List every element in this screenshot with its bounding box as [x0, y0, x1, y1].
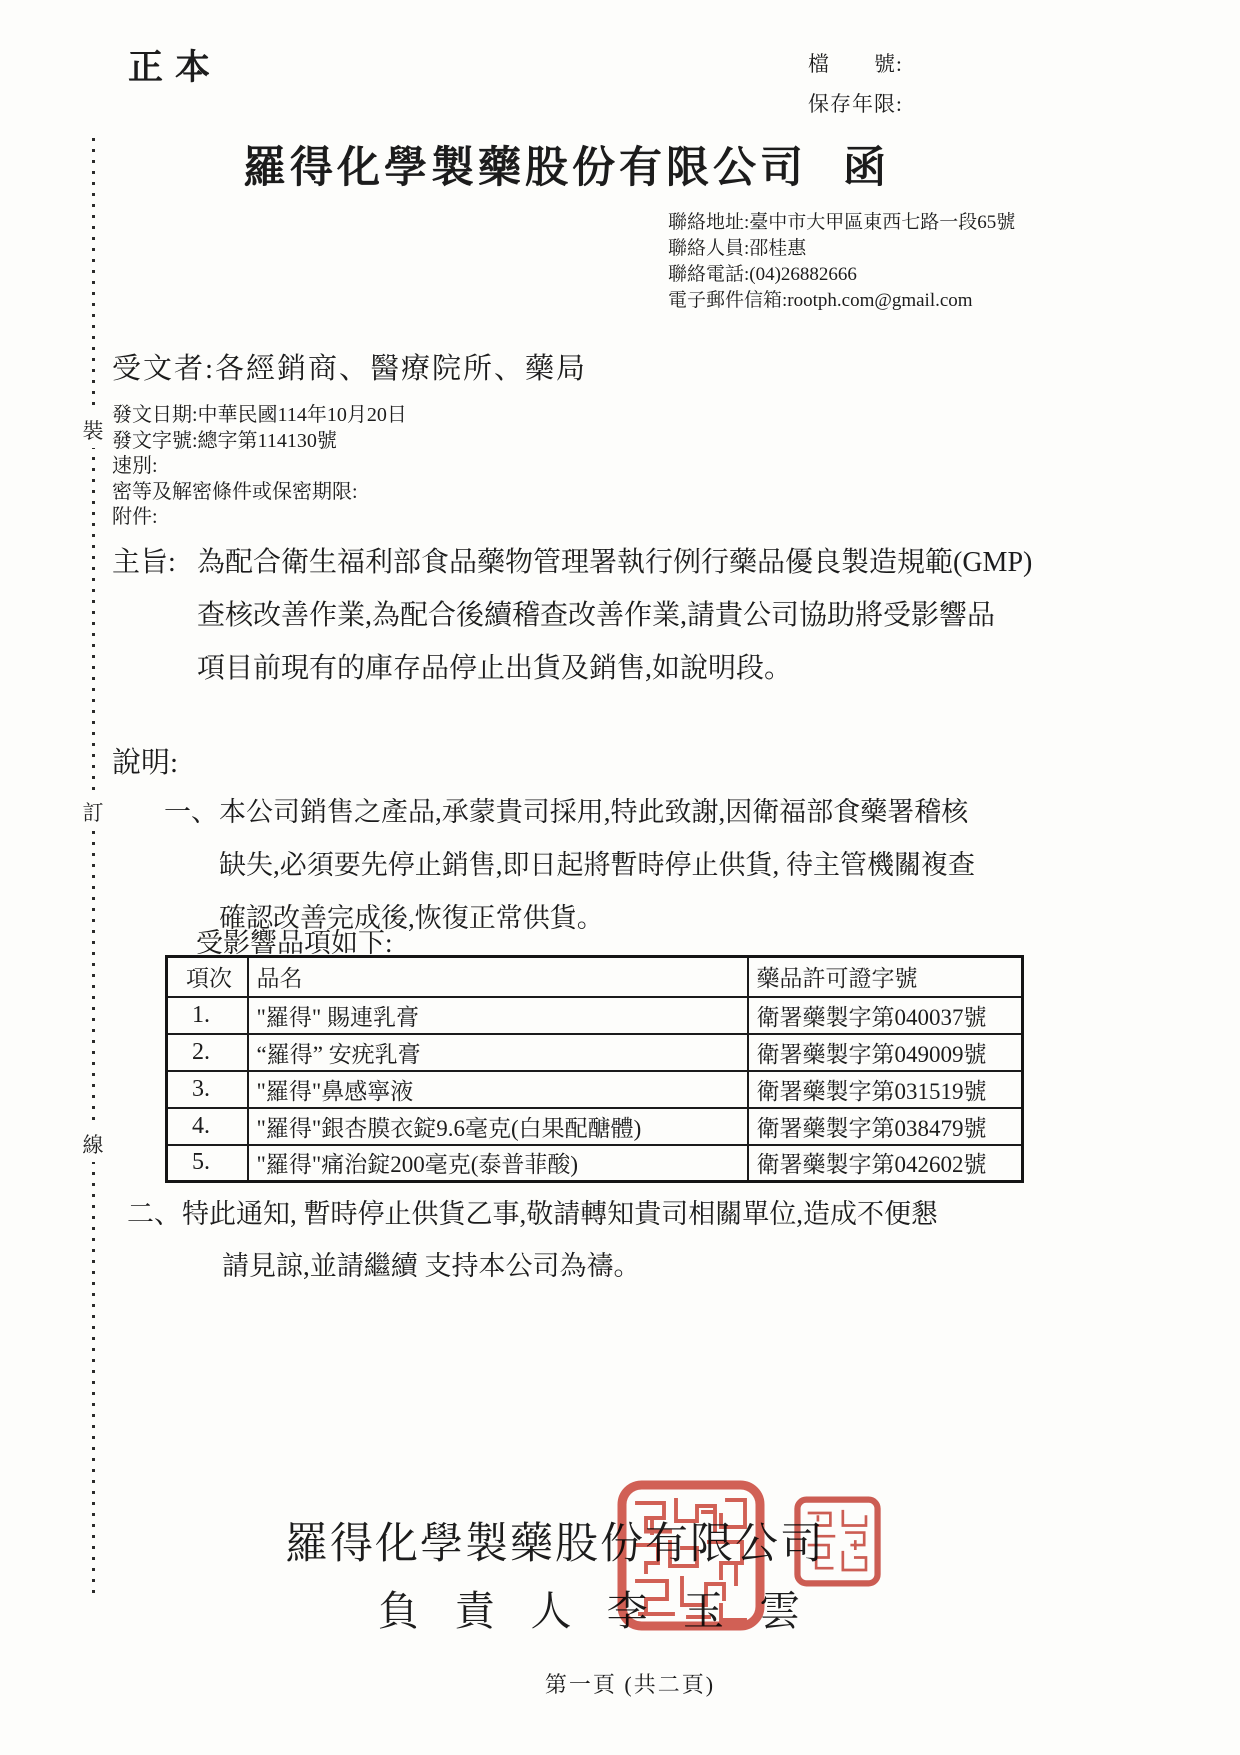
table-row: 2. “羅得” 安疣乳膏 衛署藥製字第049009號	[167, 1034, 1023, 1071]
table-row: 5. "羅得"痛治錠200毫克(泰普菲酸) 衛署藥製字第042602號	[167, 1145, 1023, 1182]
meta-line: 速別:	[112, 454, 407, 480]
cell-product-name: "羅得" 賜連乳膏	[248, 997, 748, 1034]
table-row: 1. "羅得" 賜連乳膏 衛署藥製字第040037號	[167, 997, 1023, 1034]
subject-line: 查核改善作業,為配合後續稽查改善作業,請貴公司協助將受影響品	[197, 593, 1032, 646]
binding-dotted-line	[92, 138, 95, 1593]
subject-lines: 為配合衛生福利部食品藥物管理署執行例行藥品優良製造規範(GMP)查核改善作業,為…	[197, 540, 1032, 699]
contact-line: 電子郵件信箱:rootph.com@gmail.com	[668, 288, 1015, 314]
binding-mark-xian: 線	[80, 1126, 106, 1162]
cell-product-name: “羅得” 安疣乳膏	[248, 1034, 748, 1071]
cell-product-name: "羅得"痛治錠200毫克(泰普菲酸)	[248, 1145, 748, 1182]
contact-line: 聯絡電話:(04)26882666	[668, 262, 1015, 288]
recipient-line: 受文者:各經銷商、醫療院所、藥局	[112, 346, 587, 387]
item-2-number: 二、	[127, 1192, 181, 1231]
table-row: 4. "羅得"銀杏膜衣錠9.6毫克(白果配醣體) 衛署藥製字第038479號	[167, 1108, 1023, 1145]
cell-license-no: 衛署藥製字第038479號	[748, 1108, 1023, 1145]
file-number-label: 檔 號:	[808, 44, 903, 84]
subject-block: 主旨: 為配合衛生福利部食品藥物管理署執行例行藥品優良製造規範(GMP)查核改善…	[112, 540, 1032, 699]
affected-products-table: 項次 品名 藥品許可證字號 1. "羅得" 賜連乳膏 衛署藥製字第040037號…	[165, 955, 1024, 1183]
header-item-no: 項次	[167, 957, 248, 997]
item-2-line: 請見諒,並請繼續 支持本公司為禱。	[222, 1244, 938, 1296]
meta-line: 發文日期:中華民國114年10月20日	[112, 403, 407, 429]
item-1-line: 缺失,必須要先停止銷售,即日起將暫時停止供貨, 待主管機關複查	[219, 843, 975, 896]
cell-product-name: "羅得"銀杏膜衣錠9.6毫克(白果配醣體)	[248, 1108, 748, 1145]
scanned-letter-page: 裝 訂 線 正本 檔 號: 保存年限: 羅得化學製藥股份有限公司函 聯絡地址:臺…	[0, 0, 1240, 1755]
company-name-title: 羅得化學製藥股份有限公司	[243, 145, 807, 192]
cell-license-no: 衛署藥製字第031519號	[748, 1071, 1023, 1108]
cell-item-no: 2.	[167, 1034, 248, 1071]
cell-license-no: 衛署藥製字第042602號	[748, 1145, 1023, 1182]
meta-line: 密等及解密條件或保密期限:	[112, 480, 407, 506]
cell-item-no: 1.	[167, 997, 248, 1034]
cell-license-no: 衛署藥製字第040037號	[748, 997, 1023, 1034]
item-2-line: 特此通知, 暫時停止供貨乙事,敬請轉知貴司相關單位,造成不便懇	[182, 1192, 938, 1244]
contact-block: 聯絡地址:臺中市大甲區東西七路一段65號聯絡人員:邵桂惠聯絡電話:(04)268…	[668, 210, 1015, 314]
page-number-footer: 第一頁 (共二頁)	[0, 1668, 1240, 1699]
meta-block: 發文日期:中華民國114年10月20日發文字號:總字第114130號速別:密等及…	[112, 403, 407, 531]
retention-period-label: 保存年限:	[808, 84, 903, 124]
cell-product-name: "羅得"鼻感寧液	[248, 1071, 748, 1108]
personal-seal-stamp	[793, 1494, 882, 1589]
subject-label: 主旨:	[112, 540, 176, 580]
doc-type-label: 函	[843, 145, 890, 192]
header-license-no: 藥品許可證字號	[748, 957, 1023, 997]
binding-mark-ding: 訂	[80, 794, 106, 830]
cell-license-no: 衛署藥製字第049009號	[748, 1034, 1023, 1071]
meta-line: 發文字號:總字第114130號	[112, 429, 407, 455]
table-body: 1. "羅得" 賜連乳膏 衛署藥製字第040037號 2. “羅得” 安疣乳膏 …	[167, 997, 1023, 1182]
table-row: 3. "羅得"鼻感寧液 衛署藥製字第031519號	[167, 1071, 1023, 1108]
item-2-lines: 特此通知, 暫時停止供貨乙事,敬請轉知貴司相關單位,造成不便懇請見諒,並請繼續 …	[182, 1192, 938, 1296]
subject-line: 項目前現有的庫存品停止出貨及銷售,如說明段。	[197, 646, 1032, 699]
file-info-block: 檔 號: 保存年限:	[808, 44, 903, 124]
cell-item-no: 3.	[167, 1071, 248, 1108]
cell-item-no: 5.	[167, 1145, 248, 1182]
binding-mark-zhuang: 裝	[80, 412, 106, 448]
item-1-line: 本公司銷售之產品,承蒙貴司採用,特此致謝,因衛福部食藥署稽核	[219, 790, 975, 843]
contact-line: 聯絡人員:邵桂惠	[668, 236, 1015, 262]
item-1-number: 一、	[164, 790, 218, 829]
explanation-item-2: 二、 特此通知, 暫時停止供貨乙事,敬請轉知貴司相關單位,造成不便懇請見諒,並請…	[127, 1192, 938, 1296]
contact-line: 聯絡地址:臺中市大甲區東西七路一段65號	[668, 210, 1015, 236]
cell-item-no: 4.	[167, 1108, 248, 1145]
document-title: 羅得化學製藥股份有限公司函	[243, 134, 890, 195]
subject-line: 為配合衛生福利部食品藥物管理署執行例行藥品優良製造規範(GMP)	[197, 540, 1032, 593]
company-seal-stamp	[615, 1479, 767, 1632]
table-header-row: 項次 品名 藥品許可證字號	[167, 957, 1023, 997]
header-product-name: 品名	[248, 957, 748, 997]
explanation-heading: 說明:	[112, 740, 178, 781]
copy-label: 正本	[128, 40, 222, 90]
meta-line: 附件:	[112, 505, 407, 531]
